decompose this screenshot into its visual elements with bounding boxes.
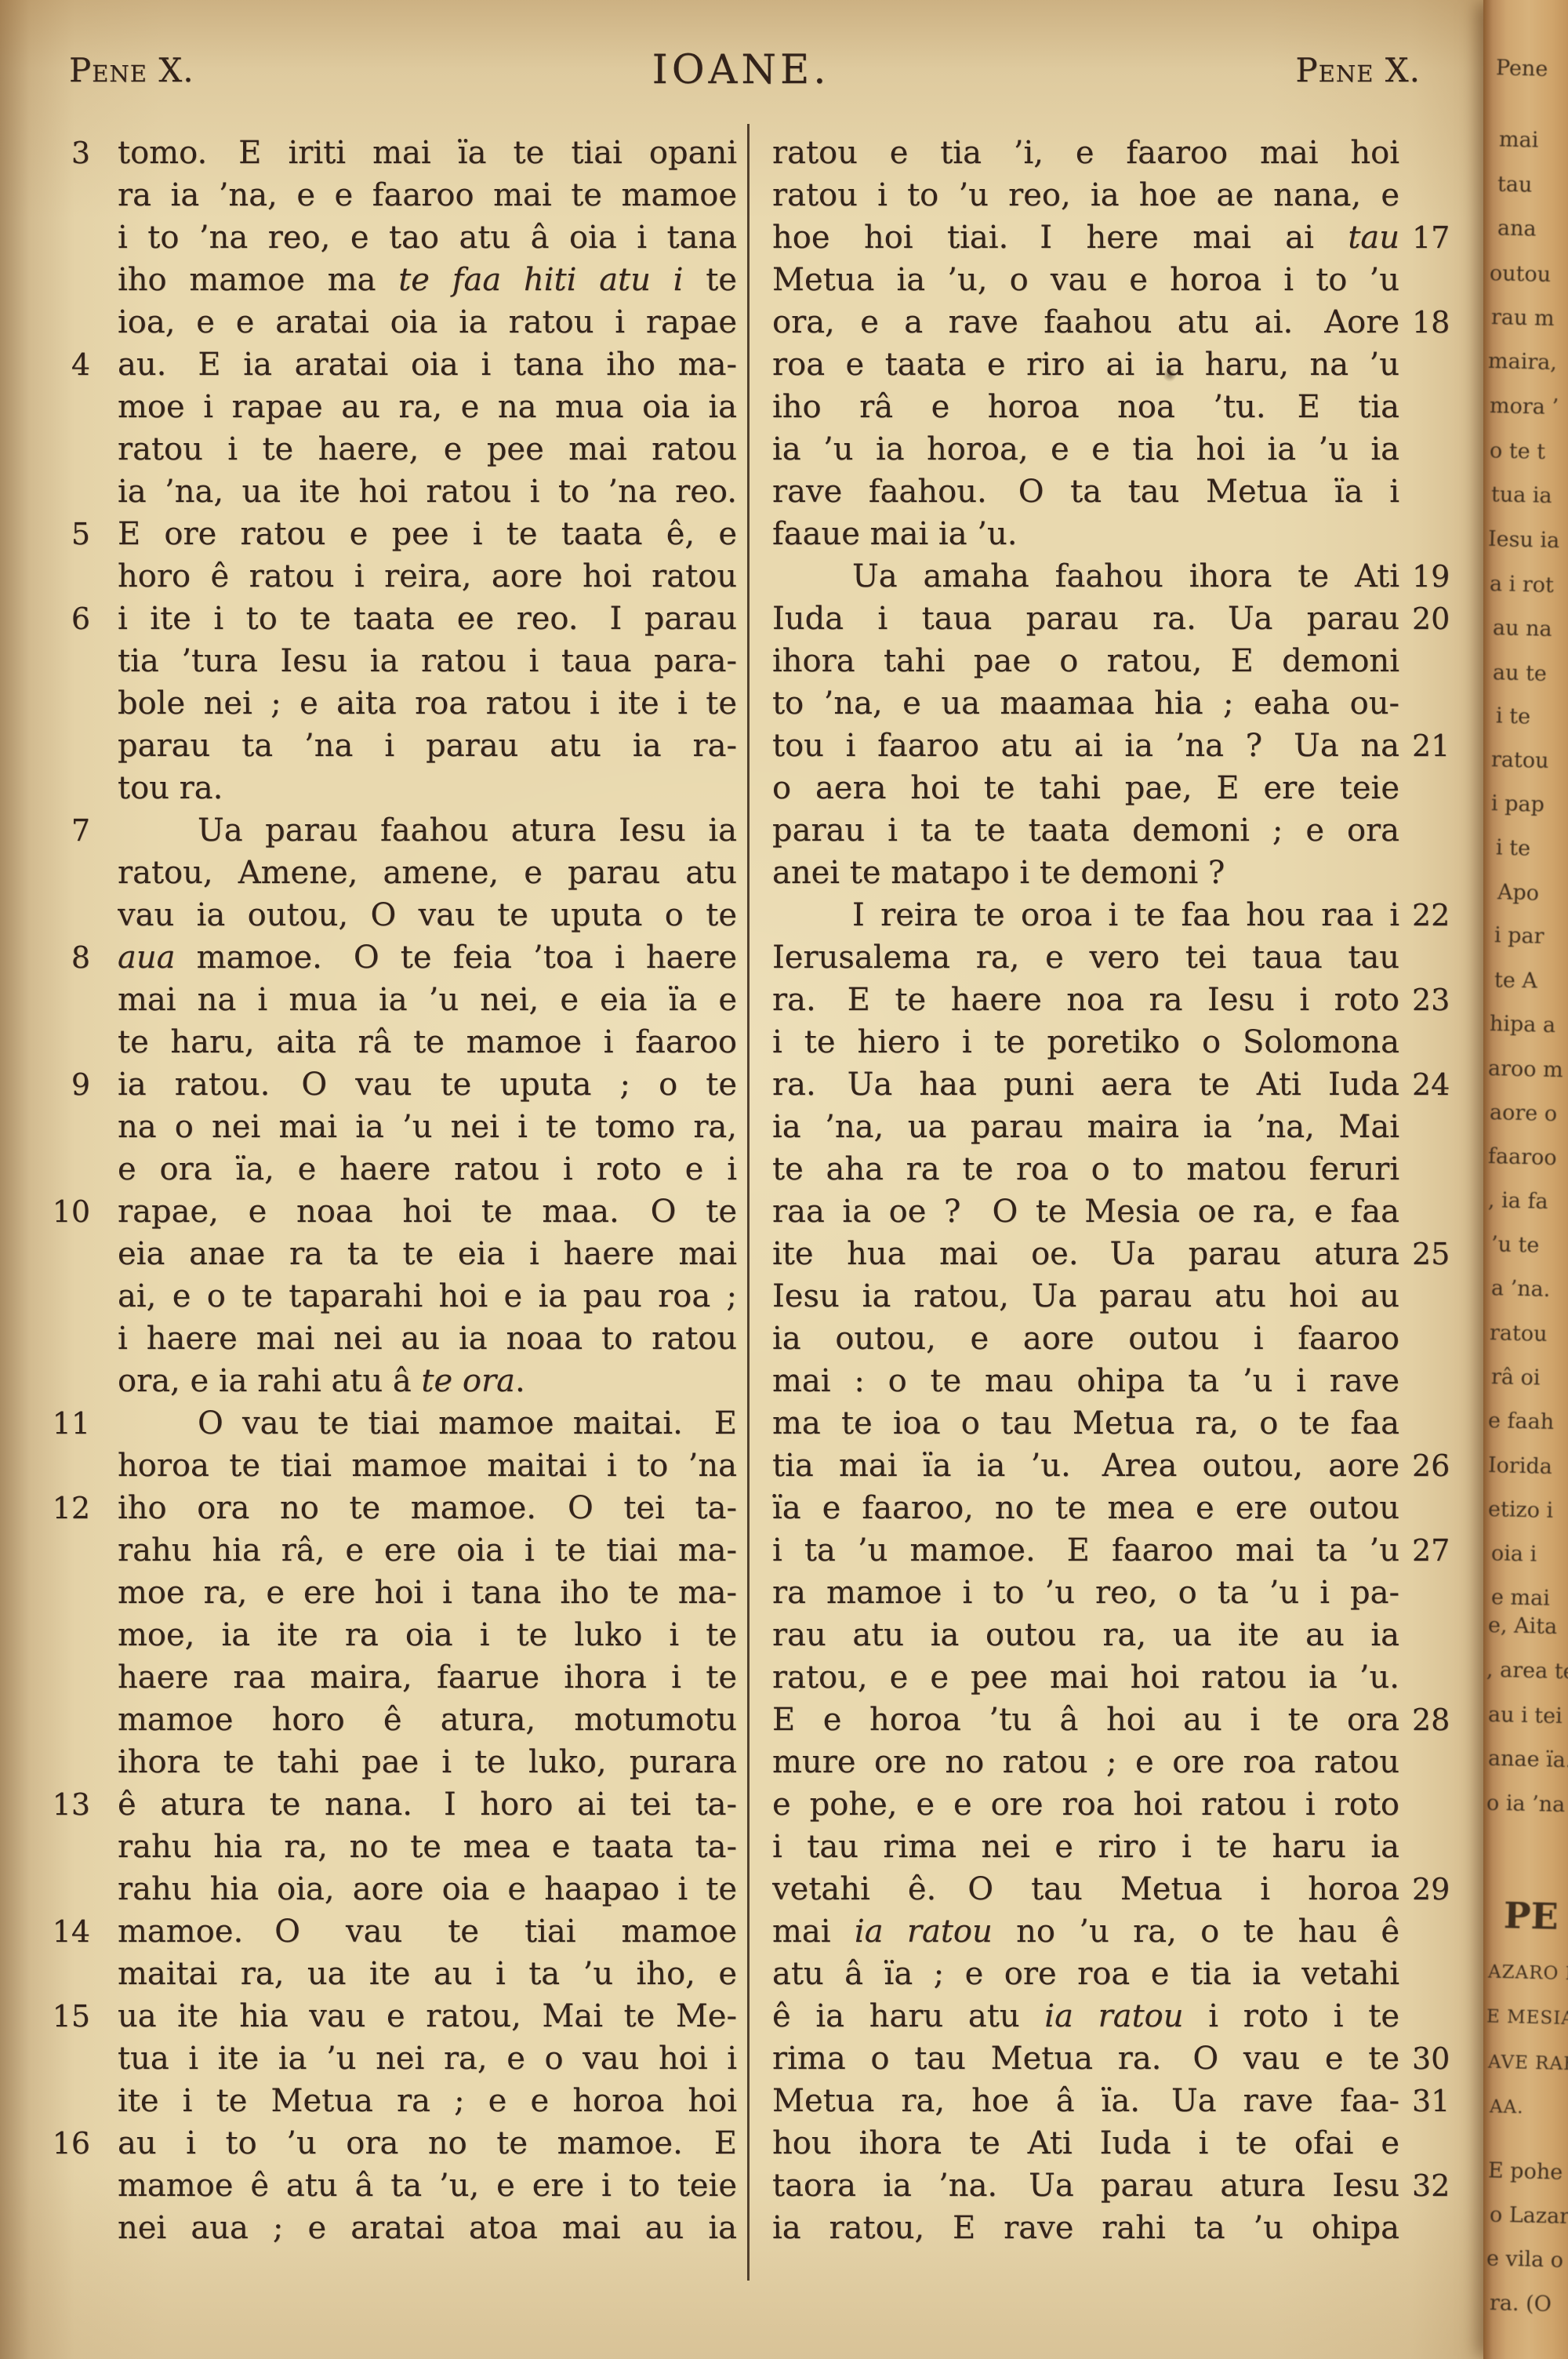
verse-number-slot — [43, 1614, 90, 1656]
verse-text: maitai ra, ua ite au i ta ’u iho, e — [118, 1953, 737, 1995]
verse-text: mai : o te mau ohipa ta ’u i rave — [772, 1360, 1399, 1402]
verse-text: eia anae ra ta te eia i haere mai — [118, 1233, 737, 1275]
verse-number-slot — [1399, 640, 1462, 682]
edge-fragment: ratou — [1491, 749, 1549, 772]
verse-number-slot — [43, 1360, 90, 1402]
verse-text: tou ra. — [118, 767, 737, 809]
text-line: 12iho ora no te mamoe. O tei ta- — [43, 1487, 737, 1529]
verse-number-slot — [1399, 1995, 1462, 2037]
text-line: na o nei mai ia ’u nei i te tomo ra, — [43, 1106, 737, 1148]
verse-text: ratou i to ’u reo, ia hoe ae nana, e — [772, 174, 1399, 216]
verse-text: ia ratou. O vau te uputa ; o te — [118, 1063, 737, 1106]
text-line: parau i ta te taata demoni ; e ora — [772, 809, 1462, 852]
text-line: ra ia ’na, e e faaroo mai te mamoe — [43, 174, 737, 216]
book-page: Pene X. IOANE. Pene X. 3tomo. E iriti ma… — [0, 0, 1568, 2359]
verse-number-slot — [43, 682, 90, 725]
text-line: 14mamoe. O vau te tiai mamoe — [43, 1910, 737, 1953]
verse-number-slot — [1399, 1953, 1462, 1995]
text-line: 6i ite i to te taata ee reo. I parau — [43, 598, 737, 640]
verse-number-slot — [43, 2037, 90, 2080]
verse-text: i tau rima nei e riro i te haru ia — [772, 1826, 1399, 1868]
verse-text: Iesu ia ratou, Ua parau atu hoi au — [772, 1275, 1399, 1318]
verse-text: au. E ia aratai oia i tana iho ma- — [118, 343, 737, 386]
verse-number-slot — [1399, 1656, 1462, 1699]
text-line: ora, e ia rahi atu â te ora. — [43, 1360, 737, 1402]
verse-text: aua mamoe. O te feia ’toa i haere — [118, 936, 737, 979]
verse-text: I reira te oroa i te faa hou raa i — [772, 894, 1399, 936]
verse-number-slot — [1399, 132, 1462, 174]
edge-fragment: i par — [1494, 925, 1544, 947]
text-line: 16au i to ’u ora no te mamoe. E — [43, 2122, 737, 2165]
verse-text: E e horoa ’tu â hoi au i te ora — [772, 1699, 1399, 1741]
text-line: tou ra. — [43, 767, 737, 809]
verse-text: mai ia ratou no ’u ra, o te hau ê — [772, 1910, 1399, 1953]
text-line: ma te ioa o tau Metua ra, o te faa — [772, 1402, 1462, 1445]
text-line: roa e taata e riro ai ia haru, na ’u — [772, 343, 1462, 386]
verse-number-slot — [43, 1953, 90, 1995]
verse-number-slot — [1399, 386, 1462, 428]
edge-fragment: ana — [1497, 217, 1537, 239]
text-line: rau atu ia outou ra, ua ite au ia — [772, 1614, 1462, 1656]
verse-number: 3 — [43, 132, 90, 174]
verse-number-slot — [1399, 1106, 1462, 1148]
verse-text: ihora tahi pae o ratou, E demoni — [772, 640, 1399, 682]
verse-text: taora ia ’na. Ua parau atura Iesu — [772, 2165, 1399, 2207]
text-line: taora ia ’na. Ua parau atura Iesu32 — [772, 2165, 1462, 2207]
text-line: i to ’na reo, e tao atu â oia i tana — [43, 216, 737, 259]
verse-number-slot — [43, 1148, 90, 1190]
verse-text: ra mamoe i to ’u reo, o ta ’u i pa- — [772, 1572, 1399, 1614]
verse-number: 15 — [43, 1995, 90, 2037]
verse-text: Ua parau faahou atura Iesu ia — [118, 809, 737, 852]
text-line: E e horoa ’tu â hoi au i te ora28 — [772, 1699, 1462, 1741]
verse-number: 27 — [1399, 1529, 1462, 1572]
verse-text: ora, e ia rahi atu â te ora. — [118, 1360, 737, 1402]
verse-number-slot — [43, 2080, 90, 2122]
text-line: atu â ïa ; e ore roa e tia ia vetahi — [772, 1953, 1462, 1995]
verse-number-slot — [1399, 1402, 1462, 1445]
verse-text: moe ra, e ere hoi i tana iho te ma- — [118, 1572, 737, 1614]
verse-text: Iuda i taua parau ra. Ua parau — [772, 598, 1399, 640]
verse-text: horo ê ratou i reira, aore hoi ratou — [118, 555, 737, 598]
verse-number-slot — [1399, 1741, 1462, 1783]
verse-number: 9 — [43, 1063, 90, 1106]
edge-fragment: a ’na. — [1491, 1278, 1551, 1300]
text-line: ai, e o te taparahi hoi e ia pau roa ; — [43, 1275, 737, 1318]
verse-number-slot — [43, 1233, 90, 1275]
edge-fragment: e vila o M — [1486, 2248, 1568, 2271]
text-line: ia ratou, E rave rahi ta ’u ohipa — [772, 2207, 1462, 2249]
verse-number-slot — [43, 894, 90, 936]
verse-number: 4 — [43, 343, 90, 386]
edge-fragment: e, Aita — [1488, 1615, 1558, 1637]
edge-fragment: a i rot — [1490, 573, 1555, 596]
text-line: haere raa maira, faarue ihora i te — [43, 1656, 737, 1699]
text-line: hoe hoi tiai. I here mai ai tau17 — [772, 216, 1462, 259]
text-line: parau ta ’na i parau atu ia ra- — [43, 725, 737, 767]
edge-fragment: AVE RAH — [1488, 2054, 1568, 2074]
text-line: Ua amaha faahou ihora te Ati19 — [772, 555, 1462, 598]
text-line: 3tomo. E iriti mai ïa te tiai opani — [43, 132, 737, 174]
verse-text: ê atura te nana. I horo ai tei ta- — [118, 1783, 737, 1826]
text-line: e pohe, e e ore roa hoi ratou i roto — [772, 1783, 1462, 1826]
text-line: faaue mai ia ’u. — [772, 513, 1462, 555]
text-line: rahu hia râ, e ere oia i te tiai ma- — [43, 1529, 737, 1572]
verse-text: i te hiero i te poretiko o Solomona — [772, 1021, 1399, 1063]
verse-number-slot — [43, 1318, 90, 1360]
text-line: raa ia oe ? O te Mesia oe ra, e faa — [772, 1190, 1462, 1233]
verse-text: ratou i te haere, e pee mai ratou — [118, 428, 737, 471]
verse-number-slot — [1399, 1487, 1462, 1529]
text-line: ihora tahi pae o ratou, E demoni — [772, 640, 1462, 682]
verse-text: vetahi ê. O tau Metua i horoa — [772, 1868, 1399, 1910]
edge-fragment: rau m — [1491, 307, 1555, 329]
verse-number-slot — [43, 259, 90, 301]
verse-number: 21 — [1399, 725, 1462, 767]
verse-number-slot — [43, 1275, 90, 1318]
verse-number-slot — [1399, 1148, 1462, 1190]
text-line: Metua ia ’u, o vau e horoa i to ’u — [772, 259, 1462, 301]
text-line: horoa te tiai mamoe maitai i to ’na — [43, 1445, 737, 1487]
verse-text: roa e taata e riro ai ia haru, na ’u — [772, 343, 1399, 386]
verse-number-slot — [1399, 852, 1462, 894]
verse-number-slot — [1399, 767, 1462, 809]
verse-text: mamoe. O vau te tiai mamoe — [118, 1910, 737, 1953]
edge-fragment: au te — [1493, 662, 1548, 685]
verse-text: haere raa maira, faarue ihora i te — [118, 1656, 737, 1699]
verse-text: ra. E te haere noa ra Iesu i roto — [772, 979, 1399, 1021]
edge-fragment: outou — [1490, 263, 1552, 285]
verse-text: to ’na, e ua maamaa hia ; eaha ou- — [772, 682, 1399, 725]
verse-text: ai, e o te taparahi hoi e ia pau roa ; — [118, 1275, 737, 1318]
text-line: ra mamoe i to ’u reo, o ta ’u i pa- — [772, 1572, 1462, 1614]
verse-number-slot — [43, 471, 90, 513]
edge-fragment: mora ’ — [1490, 395, 1559, 418]
verse-number: 28 — [1399, 1699, 1462, 1741]
verse-text: mamoe ê atu â ta ’u, e ere i to teie — [118, 2165, 737, 2207]
verse-text: e pohe, e e ore roa hoi ratou i roto — [772, 1783, 1399, 1826]
edge-fragment: e mai — [1491, 1587, 1551, 1609]
text-line: rave faahou. O ta tau Metua ïa i — [772, 471, 1462, 513]
verse-number: 23 — [1399, 979, 1462, 1021]
edge-fragment: ’u te — [1491, 1234, 1540, 1256]
verse-number-slot — [43, 1572, 90, 1614]
text-line: tia mai ïa ia ’u. Area outou, aore26 — [772, 1445, 1462, 1487]
verse-number: 18 — [1399, 301, 1462, 343]
text-line: ora, e a rave faahou atu ai. Aore18 — [772, 301, 1462, 343]
verse-number-slot — [1399, 2122, 1462, 2165]
text-line: ratou i te haere, e pee mai ratou — [43, 428, 737, 471]
verse-number-slot — [43, 174, 90, 216]
text-line: i haere mai nei au ia noaa to ratou — [43, 1318, 737, 1360]
edge-fragment: oia i — [1491, 1543, 1537, 1565]
edge-fragment: tau — [1497, 173, 1533, 195]
verse-text: nei aua ; e aratai atoa mai au ia — [118, 2207, 737, 2249]
text-line: ia outou, e aore outou i faaroo — [772, 1318, 1462, 1360]
verse-number-slot — [1399, 1910, 1462, 1953]
text-line: 15ua ite hia vau e ratou, Mai te Me- — [43, 1995, 737, 2037]
edge-fragment: aore o — [1490, 1102, 1558, 1125]
text-line: o aera hoi te tahi pae, E ere teie — [772, 767, 1462, 809]
text-line: moe i rapae au ra, e na mua oia ia — [43, 386, 737, 428]
verse-number: 11 — [43, 1402, 90, 1445]
verse-number-slot — [1399, 1783, 1462, 1826]
verse-text: O vau te tiai mamoe maitai. E — [118, 1402, 737, 1445]
verse-number-slot — [1399, 1275, 1462, 1318]
edge-fragment: e faah — [1488, 1410, 1555, 1433]
verse-text: ia outou, e aore outou i faaroo — [772, 1318, 1399, 1360]
verse-text: ratou, e e pee mai hoi ratou ia ’u. — [772, 1656, 1399, 1699]
text-line: ïa e faaroo, no te mea e ere outou — [772, 1487, 1462, 1529]
verse-number: 10 — [43, 1190, 90, 1233]
text-line: iho râ e horoa noa ’tu. E tia — [772, 386, 1462, 428]
verse-number-slot — [43, 1656, 90, 1699]
verse-text: ite i te Metua ra ; e e horoa hoi — [118, 2080, 737, 2122]
text-line: ia ’na, ua ite hoi ratou i to ’na reo. — [43, 471, 737, 513]
edge-fragment: i pap — [1491, 793, 1545, 816]
text-line: nei aua ; e aratai atoa mai au ia — [43, 2207, 737, 2249]
text-line: mai ia ratou no ’u ra, o te hau ê — [772, 1910, 1462, 1953]
text-line: moe ra, e ere hoi i tana iho te ma- — [43, 1572, 737, 1614]
text-line: bole nei ; e aita roa ratou i ite i te — [43, 682, 737, 725]
edge-fragment: ratou — [1490, 1322, 1548, 1345]
edge-fragment: o te t — [1490, 440, 1546, 463]
edge-fragment: Pene — [1496, 57, 1548, 80]
text-line: vetahi ê. O tau Metua i horoa29 — [772, 1868, 1462, 1910]
verse-text: ia ’na, ua parau maira ia ’na, Mai — [772, 1106, 1399, 1148]
text-line: Metua ra, hoe â ïa. Ua rave faa-31 — [772, 2080, 1462, 2122]
text-line: 5E ore ratou e pee i te taata ê, e — [43, 513, 737, 555]
text-column-right: ratou e tia ’i, e faaroo mai hoiratou i … — [772, 132, 1462, 2249]
text-line: 9ia ratou. O vau te uputa ; o te — [43, 1063, 737, 1106]
verse-text: rahu hia ra, no te mea e taata ta- — [118, 1826, 737, 1868]
verse-number-slot — [43, 1021, 90, 1063]
text-line: 11O vau te tiai mamoe maitai. E — [43, 1402, 737, 1445]
text-line: 8aua mamoe. O te feia ’toa i haere — [43, 936, 737, 979]
text-column-left: 3tomo. E iriti mai ïa te tiai opanira ia… — [43, 132, 737, 2249]
verse-number: 26 — [1399, 1445, 1462, 1487]
verse-text: ua ite hia vau e ratou, Mai te Me- — [118, 1995, 737, 2037]
edge-fragment: te A — [1494, 969, 1538, 991]
verse-number-slot — [43, 386, 90, 428]
edge-fragment: o Lazaro — [1490, 2205, 1568, 2228]
verse-text: rave faahou. O ta tau Metua ïa i — [772, 471, 1399, 513]
text-line: rahu hia ra, no te mea e taata ta- — [43, 1826, 737, 1868]
verse-text: Ierusalema ra, e vero tei taua tau — [772, 936, 1399, 979]
text-line: 4au. E ia aratai oia i tana iho ma- — [43, 343, 737, 386]
verse-text: parau ta ’na i parau atu ia ra- — [118, 725, 737, 767]
verse-number-slot — [1399, 1190, 1462, 1233]
verse-number-slot — [1399, 2207, 1462, 2249]
verse-text: rahu hia râ, e ere oia i te tiai ma- — [118, 1529, 737, 1572]
text-line: te haru, aita râ te mamoe i faaroo — [43, 1021, 737, 1063]
verse-number-slot — [43, 640, 90, 682]
verse-text: au i to ’u ora no te mamoe. E — [118, 2122, 737, 2165]
verse-number: 7 — [43, 809, 90, 852]
verse-number: 6 — [43, 598, 90, 640]
verse-text: ioa, e e aratai oia ia ratou i rapae — [118, 301, 737, 343]
text-line: te aha ra te roa o to matou feruri — [772, 1148, 1462, 1190]
verse-text: Metua ra, hoe â ïa. Ua rave faa- — [772, 2080, 1399, 2122]
verse-number-slot — [1399, 1826, 1462, 1868]
verse-text: rima o tau Metua ra. O vau e te — [772, 2037, 1399, 2080]
text-line: 10rapae, e noaa hoi te maa. O te — [43, 1190, 737, 1233]
verse-number: 32 — [1399, 2165, 1462, 2207]
text-line: tia ’tura Iesu ia ratou i taua para- — [43, 640, 737, 682]
edge-fragment: aroo m — [1488, 1058, 1563, 1081]
text-line: mai na i mua ia ’u nei, e eia ïa e — [43, 979, 737, 1021]
verse-number: 16 — [43, 2122, 90, 2165]
verse-number-slot — [43, 1699, 90, 1741]
edge-fragment: Apo — [1497, 881, 1540, 903]
text-line: rima o tau Metua ra. O vau e te30 — [772, 2037, 1462, 2080]
verse-number-slot — [1399, 174, 1462, 216]
verse-number-slot — [43, 1445, 90, 1487]
text-line: Iesu ia ratou, Ua parau atu hoi au — [772, 1275, 1462, 1318]
text-line: 13ê atura te nana. I horo ai tei ta- — [43, 1783, 737, 1826]
edge-fragment: tua ia — [1491, 484, 1552, 507]
text-line: iho mamoe ma te faa hiti atu i te — [43, 259, 737, 301]
verse-text: rapae, e noaa hoi te maa. O te — [118, 1190, 737, 1233]
verse-text: hoe hoi tiai. I here mai ai tau — [772, 216, 1399, 259]
edge-fragment: hipa a — [1490, 1013, 1556, 1036]
verse-number-slot — [43, 555, 90, 598]
verse-text: na o nei mai ia ’u nei i te tomo ra, — [118, 1106, 737, 1148]
text-line: 7Ua parau faahou atura Iesu ia — [43, 809, 737, 852]
verse-text: rau atu ia outou ra, ua ite au ia — [772, 1614, 1399, 1656]
verse-number: 12 — [43, 1487, 90, 1529]
verse-text: o aera hoi te tahi pae, E ere teie — [772, 767, 1399, 809]
verse-number: 30 — [1399, 2037, 1462, 2080]
text-line: to ’na, e ua maamaa hia ; eaha ou- — [772, 682, 1462, 725]
text-line: moe, ia ite ra oia i te luko i te — [43, 1614, 737, 1656]
verse-number-slot — [1399, 936, 1462, 979]
verse-text: mai na i mua ia ’u nei, e eia ïa e — [118, 979, 737, 1021]
verse-number: 17 — [1399, 216, 1462, 259]
verse-number-slot — [1399, 343, 1462, 386]
verse-number-slot — [1399, 1572, 1462, 1614]
verse-number-slot — [43, 301, 90, 343]
verse-text: raa ia oe ? O te Mesia oe ra, e faa — [772, 1190, 1399, 1233]
verse-number-slot — [43, 725, 90, 767]
verse-text: ora, e a rave faahou atu ai. Aore — [772, 301, 1399, 343]
edge-fragment: ra. (O — [1490, 2292, 1552, 2315]
verse-text: te haru, aita râ te mamoe i faaroo — [118, 1021, 737, 1063]
edge-fragment: Iorida — [1488, 1455, 1552, 1478]
verse-text: faaue mai ia ’u. — [772, 513, 1399, 555]
verse-text: vau ia outou, O vau te uputa o te — [118, 894, 737, 936]
verse-number-slot — [1399, 1021, 1462, 1063]
verse-number-slot — [1399, 471, 1462, 513]
text-line: Iuda i taua parau ra. Ua parau20 — [772, 598, 1462, 640]
verse-text: te aha ra te roa o to matou feruri — [772, 1148, 1399, 1190]
verse-number-slot — [1399, 682, 1462, 725]
edge-fragment: au i tei — [1488, 1704, 1563, 1727]
verse-text: horoa te tiai mamoe maitai i to ’na — [118, 1445, 737, 1487]
verse-number: 25 — [1399, 1233, 1462, 1275]
verse-text: ra. Ua haa puni aera te Ati Iuda — [772, 1063, 1399, 1106]
text-line: i te hiero i te poretiko o Solomona — [772, 1021, 1462, 1063]
text-line: hou ihora te Ati Iuda i te ofai e — [772, 2122, 1462, 2165]
edge-fragment: E MESIA, — [1486, 2008, 1568, 2029]
page-edge: Penemaitauanaoutourau mmaira,mora ’o te … — [1483, 0, 1568, 2359]
text-line: vau ia outou, O vau te uputa o te — [43, 894, 737, 936]
text-line: mamoe ê atu â ta ’u, e ere i to teie — [43, 2165, 737, 2207]
edge-fragment: AA. — [1490, 2098, 1524, 2117]
verse-number-slot — [1399, 259, 1462, 301]
verse-number-slot — [43, 1826, 90, 1868]
edge-fragment: i te — [1496, 705, 1531, 727]
verse-text: bole nei ; e aita roa ratou i ite i te — [118, 682, 737, 725]
text-line: ratou, Amene, amene, e parau atu — [43, 852, 737, 894]
verse-text: ê ia haru atu ia ratou i roto i te — [772, 1995, 1399, 2037]
text-line: Ierusalema ra, e vero tei taua tau — [772, 936, 1462, 979]
verse-text: iho ora no te mamoe. O tei ta- — [118, 1487, 737, 1529]
verse-number-slot — [43, 1868, 90, 1910]
edge-fragment: râ oi — [1491, 1366, 1541, 1389]
verse-number-slot — [43, 2165, 90, 2207]
verse-text: i ta ’u mamoe. E faaroo mai ta ’u — [772, 1529, 1399, 1572]
verse-number-slot — [1399, 428, 1462, 471]
verse-number-slot — [43, 428, 90, 471]
edge-fragment: i te — [1496, 837, 1531, 859]
column-divider — [747, 124, 750, 2281]
verse-number-slot — [43, 1529, 90, 1572]
verse-number: 31 — [1399, 2080, 1462, 2122]
verse-text: ra ia ’na, e e faaroo mai te mamoe — [118, 174, 737, 216]
verse-text: tia ’tura Iesu ia ratou i taua para- — [118, 640, 737, 682]
verse-number: 24 — [1399, 1063, 1462, 1106]
verse-number-slot — [43, 216, 90, 259]
text-line: ihora te tahi pae i te luko, purara — [43, 1741, 737, 1783]
verse-text: ia ’u ia horoa, e e tia hoi ia ’u ia — [772, 428, 1399, 471]
verse-number: 29 — [1399, 1868, 1462, 1910]
verse-text: ma te ioa o tau Metua ra, o te faa — [772, 1402, 1399, 1445]
verse-number: 13 — [43, 1783, 90, 1826]
verse-number-slot — [1399, 1614, 1462, 1656]
text-line: ioa, e e aratai oia ia ratou i rapae — [43, 301, 737, 343]
text-line: mai : o te mau ohipa ta ’u i rave — [772, 1360, 1462, 1402]
verse-text: parau i ta te taata demoni ; e ora — [772, 809, 1399, 852]
verse-number-slot — [43, 2207, 90, 2249]
verse-number-slot — [43, 852, 90, 894]
edge-fragment: anae ïa. — [1488, 1748, 1568, 1772]
verse-text: e ora ïa, e haere ratou i roto e i — [118, 1148, 737, 1190]
text-line: ite hua mai oe. Ua parau atura25 — [772, 1233, 1462, 1275]
edge-fragment: PE — [1503, 1897, 1559, 1935]
edge-fragment: Iesu ia — [1488, 529, 1560, 551]
text-line: ratou e tia ’i, e faaroo mai hoi — [772, 132, 1462, 174]
edge-fragment: , ia fa — [1488, 1190, 1548, 1212]
verse-number: 19 — [1399, 555, 1462, 598]
verse-text: tou i faaroo atu ai ia ’na ? Ua na — [772, 725, 1399, 767]
text-line: ia ’u ia horoa, e e tia hoi ia ’u ia — [772, 428, 1462, 471]
running-head-right: Pene X. — [1295, 49, 1421, 93]
verse-text: iho mamoe ma te faa hiti atu i te — [118, 259, 737, 301]
verse-text: Ua amaha faahou ihora te Ati — [772, 555, 1399, 598]
verse-text: i ite i to te taata ee reo. I parau — [118, 598, 737, 640]
verse-number-slot — [43, 767, 90, 809]
text-line: i ta ’u mamoe. E faaroo mai ta ’u27 — [772, 1529, 1462, 1572]
edge-fragment: au na — [1493, 617, 1552, 640]
verse-number: 5 — [43, 513, 90, 555]
verse-text: moe, ia ite ra oia i te luko i te — [118, 1614, 737, 1656]
verse-text: ite hua mai oe. Ua parau atura — [772, 1233, 1399, 1275]
verse-text: mure ore no ratou ; e ore roa ratou — [772, 1741, 1399, 1783]
verse-text: i to ’na reo, e tao atu â oia i tana — [118, 216, 737, 259]
verse-text: ïa e faaroo, no te mea e ere outou — [772, 1487, 1399, 1529]
text-line: rahu hia oia, aore oia e haapao i te — [43, 1868, 737, 1910]
